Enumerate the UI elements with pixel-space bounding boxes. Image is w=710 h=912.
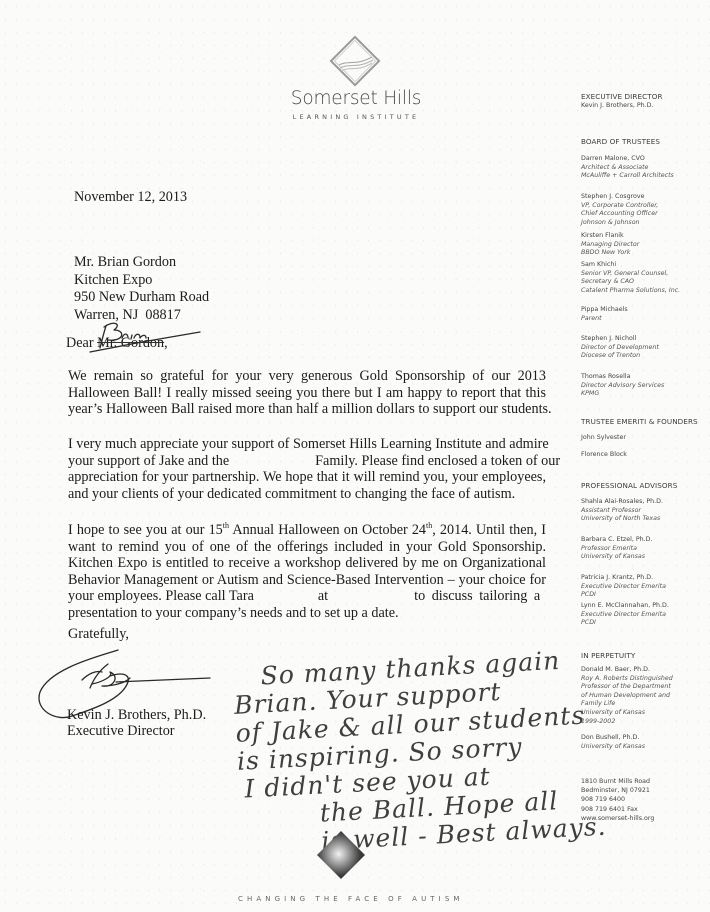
person-name: Lynn E. McClannahan, Ph.D. [581,602,710,611]
person-affiliation: 1999-2002 [581,718,710,727]
person-name: Stephen J. Cosgrove [581,193,710,202]
somerset-hills-logo-icon [326,32,384,90]
contact-address-line1: 1810 Burnt Mills Road [581,778,650,787]
person-name: Donald M. Baer, Ph.D. [581,666,710,675]
board-member: Kirsten FlanikManaging DirectorBBDO New … [581,232,710,258]
p3-text: , 2014. Until then, I [432,522,546,538]
emeriti-member: Florence Block [581,451,627,460]
salutation: Dear Mr. Gordon, [66,335,168,352]
person-affiliation: Architect & Associate [581,164,710,173]
person-name: Barbara C. Etzel, Ph.D. [581,536,710,545]
person-name: Stephen J. Nicholl [581,335,710,344]
p2-line: appreciation for your partnership. We ho… [68,469,546,486]
contact-address-line2: Bedminster, NJ 07921 [581,787,650,796]
letter-page: Somerset Hills LEARNING INSTITUTE Novemb… [0,0,710,912]
org-subtitle: LEARNING INSTITUTE [268,113,444,121]
person-affiliation: McAuliffe + Carroll Architects [581,172,710,181]
advisor: Barbara C. Etzel, Ph.D.Professor Emerita… [581,536,710,562]
p3-text: your employees. Please call Tara [68,588,254,604]
person-affiliation: Catalent Pharma Solutions, Inc. [581,287,710,296]
person-affiliation: University of Kansas [581,553,710,562]
person-name: Pippa Michaels [581,306,710,315]
person-name: Shahla Alai-Rosales, Ph.D. [581,498,710,507]
p3-text: Annual Halloween on October 24 [229,522,426,538]
person-affiliation: University of Kansas [581,743,710,752]
perpetuity-member: Donald M. Baer, Ph.D.Roy A. Roberts Dist… [581,666,710,726]
p1-line: Halloween Ball! I really missed seeing y… [68,385,546,402]
person-affiliation: Executive Director Emerita [581,611,710,620]
person-affiliation: PCDI [581,591,710,600]
p1-line: We remain so grateful for your very gene… [68,368,546,385]
person-affiliation: University of Kansas [581,709,710,718]
contact-fax: 908 719 6401 Fax [581,806,638,815]
person-affiliation: Johnson & Johnson [581,219,710,228]
p2-line-2b: Family. Please find enclosed a token of … [315,453,560,469]
paragraph-1: We remain so grateful for your very gene… [68,368,546,418]
person-affiliation: Director Advisory Services [581,382,710,391]
board-heading: BOARD OF TRUSTEES [581,138,660,147]
perpetuity-member: Don Bushell, Ph.D.University of Kansas [581,734,710,751]
person-name: Don Bushell, Ph.D. [581,734,710,743]
recipient-address: Mr. Brian Gordon Kitchen Expo 950 New Du… [74,254,209,324]
person-affiliation: Professor Emerita [581,545,710,554]
person-name: Darren Malone, CVO [581,155,710,164]
person-name: Sam Khichi [581,261,710,270]
person-name: Kirsten Flanik [581,232,710,241]
person-affiliation: PCDI [581,619,710,628]
advisor: Lynn E. McClannahan, Ph.D.Executive Dire… [581,602,710,628]
p2-line: your support of Jake and theFamily. Plea… [68,453,546,470]
paragraph-2: I very much appreciate your support of S… [68,436,546,502]
signer-title: Executive Director [67,723,206,739]
board-member: Sam KhichiSenior VP, General Counsel,Sec… [581,261,710,295]
person-affiliation: Senior VP, General Counsel, [581,270,710,279]
person-affiliation: Family Life [581,700,710,709]
contact-website: www.somerset-hills.org [581,815,654,824]
emeriti-heading: TRUSTEE EMERITI & FOUNDERS [581,418,698,427]
person-affiliation: Director of Development [581,344,710,353]
p3-line: your employees. Please call Taraatto dis… [68,588,546,605]
exec-director-heading: EXECUTIVE DIRECTOR [581,93,663,102]
p3-text: at [318,588,328,604]
person-affiliation: VP, Corporate Controller, [581,202,710,211]
recipient-company: Kitchen Expo [74,272,209,290]
p3-line: Kitchen Expo is entitled to receive a wo… [68,555,546,572]
person-affiliation: Diocese of Trenton [581,352,710,361]
board-member: Pippa MichaelsParent [581,306,710,323]
contact-phone: 908 719 6400 [581,796,625,805]
emeriti-member: John Sylvester [581,434,626,443]
person-affiliation: Executive Director Emerita [581,583,710,592]
person-affiliation: Parent [581,315,710,324]
signer-name: Kevin J. Brothers, Ph.D. [67,707,206,723]
recipient-city: Warren, NJ 08817 [74,307,209,325]
board-member: Darren Malone, CVOArchitect & AssociateM… [581,155,710,181]
person-affiliation: Managing Director [581,241,710,250]
p3-line: want to remind you of one of the offerin… [68,539,546,556]
board-member: Stephen J. NichollDirector of Developmen… [581,335,710,361]
signature-block: Kevin J. Brothers, Ph.D. Executive Direc… [67,707,206,739]
board-member: Thomas RosellaDirector Advisory Services… [581,373,710,399]
person-affiliation: of Human Development and [581,692,710,701]
p2-line: I very much appreciate your support of S… [68,436,546,453]
advisors-heading: PROFESSIONAL ADVISORS [581,482,677,491]
salutation-dear: Dear [66,335,94,351]
p3-line: presentation to your company’s needs and… [68,605,546,622]
org-name: Somerset Hills [268,88,444,109]
p3-line: I hope to see you at our 15th Annual Hal… [68,522,546,539]
closing: Gratefully, [68,626,129,643]
recipient-name: Mr. Brian Gordon [74,254,209,272]
recipient-street: 950 New Durham Road [74,289,209,307]
person-affiliation: KPMG [581,390,710,399]
salutation-comma: , [164,335,168,351]
p3-text: to discuss tailoring a [414,588,540,604]
photo-diamond-image [316,830,366,880]
advisor: Patricia J. Krantz, Ph.D.Executive Direc… [581,574,710,600]
advisor: Shahla Alai-Rosales, Ph.D.Assistant Prof… [581,498,710,524]
p3-text: I hope to see you at our 15 [68,522,223,538]
salutation-struck-name: Mr. Gordon [97,335,164,351]
person-affiliation: Roy A. Roberts Distinguished [581,675,710,684]
person-affiliation: BBDO New York [581,249,710,258]
board-member: Stephen J. CosgroveVP, Corporate Control… [581,193,710,227]
p1-line: year’s Halloween Ball raised more than h… [68,401,546,418]
person-affiliation: Chief Accounting Officer [581,210,710,219]
p2-line: and your clients of your dedicated commi… [68,486,546,503]
paragraph-3: I hope to see you at our 15th Annual Hal… [68,522,546,622]
person-affiliation: University of North Texas [581,515,710,524]
tagline: CHANGING THE FACE OF AUTISM [238,895,464,903]
exec-director-name: Kevin J. Brothers, Ph.D. [581,102,654,111]
person-name: Patricia J. Krantz, Ph.D. [581,574,710,583]
person-affiliation: Professor of the Department [581,683,710,692]
person-affiliation: Secretary & CAO [581,278,710,287]
person-name: Thomas Rosella [581,373,710,382]
p2-line-2a: your support of Jake and the [68,453,229,469]
letter-date: November 12, 2013 [74,189,187,206]
person-affiliation: Assistant Professor [581,507,710,516]
p3-line: Behavior Management or Autism and Scienc… [68,572,546,589]
perpetuity-heading: IN PERPETUITY [581,652,635,661]
